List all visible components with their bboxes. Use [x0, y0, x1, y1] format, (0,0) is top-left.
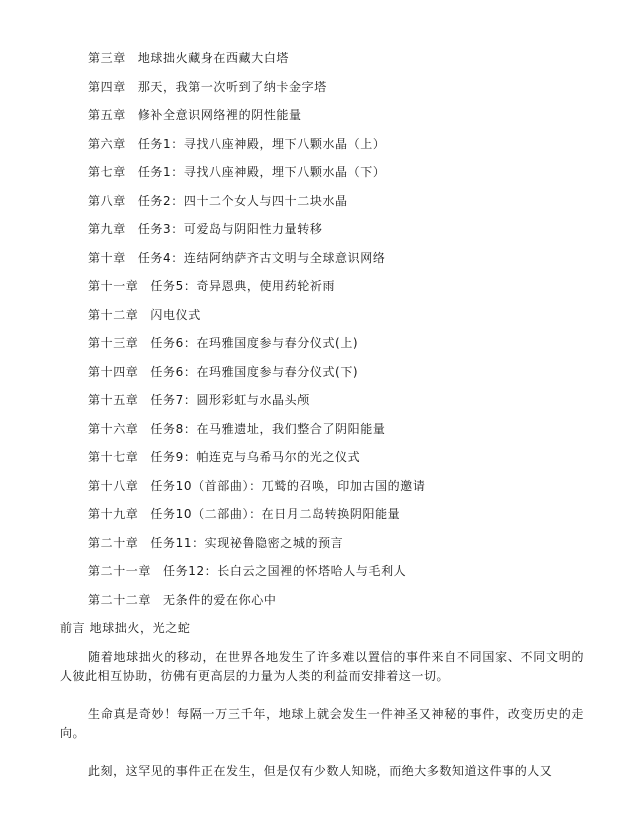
toc-item[interactable]: 第十八章任务10（首部曲）：兀鹫的召唤，印加古国的邀请: [88, 477, 425, 506]
preface-body: 随着地球拙火的移动，在世界各地发生了许多难以置信的事件来自不同国家、不同文明的人…: [60, 648, 584, 800]
chapter-title: 修补全意识网络裡的阴性能量: [138, 108, 302, 122]
document-page: 第三章地球拙火藏身在西藏大白塔 第四章那天，我第一次听到了纳卡金字塔 第五章修补…: [0, 0, 642, 816]
toc-item[interactable]: 第五章修补全意识网络裡的阴性能量: [88, 106, 425, 135]
toc-item[interactable]: 第十章任务4：连结阿纳萨齐古文明与全球意识网络: [88, 249, 425, 278]
chapter-title: 任务9：帕连克与乌希马尔的光之仪式: [150, 450, 360, 464]
chapter-title: 任务1：寻找八座神殿，埋下八颗水晶（下）: [138, 165, 386, 179]
chapter-number: 第三章: [88, 49, 126, 67]
chapter-number: 第十七章: [88, 448, 138, 466]
chapter-number: 第二十一章: [88, 562, 151, 580]
toc-item[interactable]: 第三章地球拙火藏身在西藏大白塔: [88, 49, 425, 78]
chapter-number: 第十三章: [88, 334, 138, 352]
toc-item[interactable]: 第七章任务1：寻找八座神殿，埋下八颗水晶（下）: [88, 163, 425, 192]
chapter-number: 第八章: [88, 192, 126, 210]
chapter-number: 第十二章: [88, 306, 138, 324]
toc-item[interactable]: 第十六章任务8：在马雅遗址，我们整合了阴阳能量: [88, 420, 425, 449]
chapter-title: 任务6：在玛雅国度参与春分仪式(上): [150, 336, 358, 350]
chapter-number: 第五章: [88, 106, 126, 124]
chapter-number: 第二十章: [88, 534, 138, 552]
paragraph: 生命真是奇妙！每隔一万三千年，地球上就会发生一件神圣又神秘的事件，改变历史的走向…: [60, 705, 584, 743]
toc-item[interactable]: 第二十章任务11：实现祕鲁隐密之城的预言: [88, 534, 425, 563]
chapter-number: 第十五章: [88, 391, 138, 409]
chapter-title: 任务12：长白云之国裡的怀塔哈人与毛利人: [163, 564, 406, 578]
chapter-title: 任务10（二部曲）：在日月二岛转换阴阳能量: [150, 507, 400, 521]
toc-item[interactable]: 第六章任务1：寻找八座神殿，埋下八颗水晶（上）: [88, 135, 425, 164]
toc-item[interactable]: 第十七章任务9：帕连克与乌希马尔的光之仪式: [88, 448, 425, 477]
chapter-title: 任务10（首部曲）：兀鹫的召唤，印加古国的邀请: [150, 479, 425, 493]
chapter-title: 地球拙火藏身在西藏大白塔: [138, 51, 289, 65]
chapter-number: 第十章: [88, 249, 126, 267]
chapter-number: 第七章: [88, 163, 126, 181]
toc-item[interactable]: 第十四章任务6：在玛雅国度参与春分仪式(下): [88, 363, 425, 392]
chapter-title: 任务6：在玛雅国度参与春分仪式(下): [150, 365, 358, 379]
toc-item[interactable]: 第十一章任务5：奇异恩典，使用药轮祈雨: [88, 277, 425, 306]
chapter-number: 第十九章: [88, 505, 138, 523]
chapter-title: 那天，我第一次听到了纳卡金字塔: [138, 80, 327, 94]
toc-item[interactable]: 第八章任务2：四十二个女人与四十二块水晶: [88, 192, 425, 221]
paragraph: 随着地球拙火的移动，在世界各地发生了许多难以置信的事件来自不同国家、不同文明的人…: [60, 648, 584, 686]
chapter-title: 任务2：四十二个女人与四十二块水晶: [138, 194, 348, 208]
toc-item[interactable]: 第十五章任务7：圆形彩虹与水晶头颅: [88, 391, 425, 420]
chapter-title: 任务8：在马雅遗址，我们整合了阴阳能量: [150, 422, 385, 436]
chapter-title: 任务4：连结阿纳萨齐古文明与全球意识网络: [138, 251, 386, 265]
chapter-title: 任务3：可爱岛与阴阳性力量转移: [138, 222, 323, 236]
toc-item[interactable]: 第十九章任务10（二部曲）：在日月二岛转换阴阳能量: [88, 505, 425, 534]
chapter-title: 任务5：奇异恩典，使用药轮祈雨: [150, 279, 335, 293]
paragraph: 此刻，这罕见的事件正在发生，但是仅有少数人知晓，而绝大多数知道这件事的人又: [60, 762, 584, 781]
chapter-number: 第四章: [88, 78, 126, 96]
chapter-number: 第十四章: [88, 363, 138, 381]
chapter-title: 任务1：寻找八座神殿，埋下八颗水晶（上）: [138, 137, 386, 151]
chapter-title: 无条件的爱在你心中: [163, 593, 276, 607]
toc-item[interactable]: 第十三章任务6：在玛雅国度参与春分仪式(上): [88, 334, 425, 363]
chapter-title: 闪电仪式: [150, 308, 200, 322]
chapter-title: 任务7：圆形彩虹与水晶头颅: [150, 393, 309, 407]
chapter-number: 第十六章: [88, 420, 138, 438]
chapter-number: 第九章: [88, 220, 126, 238]
toc-item[interactable]: 第二十一章任务12：长白云之国裡的怀塔哈人与毛利人: [88, 562, 425, 591]
preface-heading: 前言 地球拙火，光之蛇: [60, 619, 190, 637]
toc-item[interactable]: 第二十二章无条件的爱在你心中: [88, 591, 425, 620]
chapter-number: 第十八章: [88, 477, 138, 495]
toc-item[interactable]: 第九章任务3：可爱岛与阴阳性力量转移: [88, 220, 425, 249]
toc-item[interactable]: 第四章那天，我第一次听到了纳卡金字塔: [88, 78, 425, 107]
toc-item[interactable]: 第十二章闪电仪式: [88, 306, 425, 335]
chapter-number: 第六章: [88, 135, 126, 153]
chapter-title: 任务11：实现祕鲁隐密之城的预言: [150, 536, 343, 550]
chapter-number: 第十一章: [88, 277, 138, 295]
chapter-number: 第二十二章: [88, 591, 151, 609]
table-of-contents: 第三章地球拙火藏身在西藏大白塔 第四章那天，我第一次听到了纳卡金字塔 第五章修补…: [88, 49, 425, 619]
